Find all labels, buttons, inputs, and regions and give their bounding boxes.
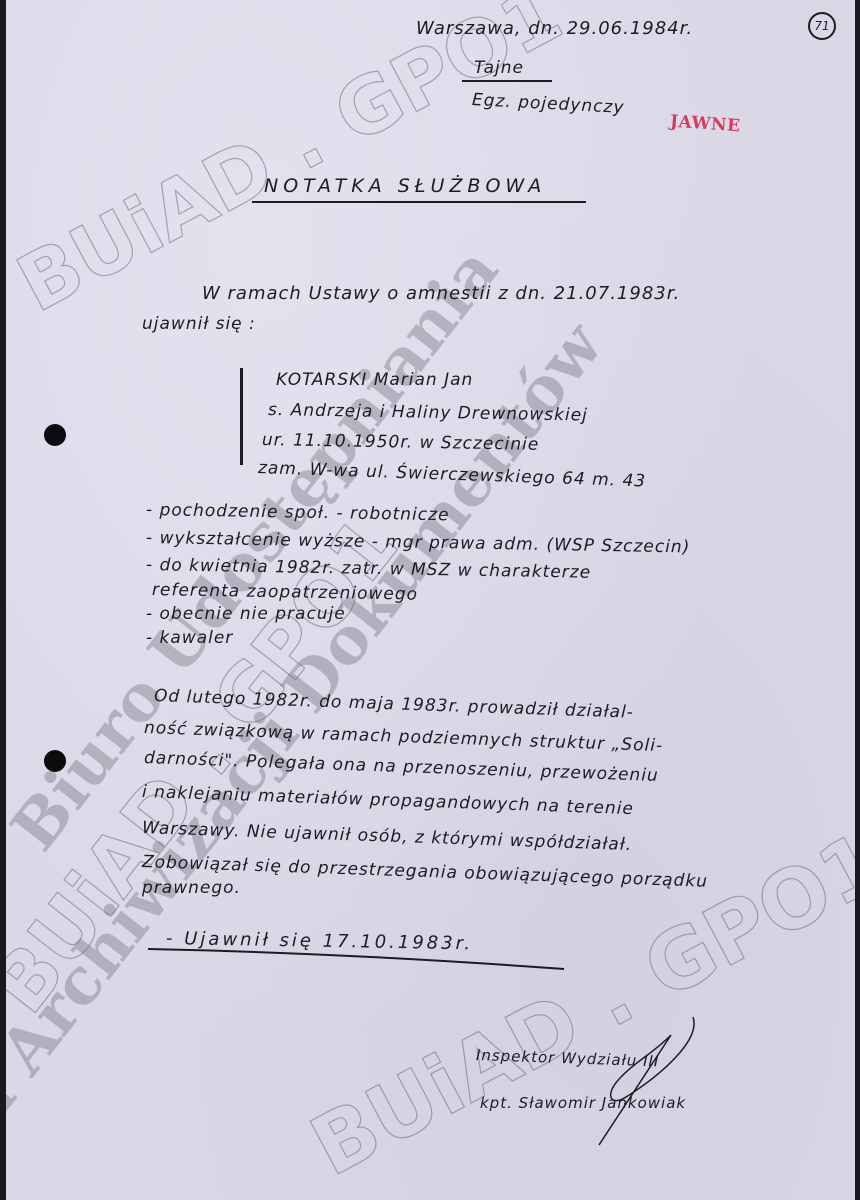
handwritten-signature bbox=[581, 1015, 701, 1150]
disclosure-underline bbox=[146, 945, 566, 975]
body-line: Od lutego 1982r. do maja 1983r. prowadzi… bbox=[154, 686, 635, 723]
body-line: Warszawy. Nie ujawnił osób, z którymi ws… bbox=[142, 818, 633, 855]
classification: Tajne bbox=[474, 58, 524, 78]
copy-note: Egz. pojedynczy bbox=[471, 90, 624, 118]
document-title: NOTATKA SŁUŻBOWA bbox=[264, 175, 546, 197]
punch-hole-bottom bbox=[44, 750, 66, 772]
body-line: prawnego. bbox=[142, 878, 241, 898]
person-born: ur. 11.10.1950r. w Szczecinie bbox=[262, 430, 540, 455]
page-number: 71 bbox=[808, 12, 836, 40]
classification-underline bbox=[462, 80, 552, 82]
punch-hole-top bbox=[44, 424, 66, 446]
place-date: Warszawa, dn. 29.06.1984r. bbox=[416, 18, 693, 39]
detail-item: referenta zaopatrzeniowego bbox=[152, 580, 418, 605]
detail-item: - wykształcenie wyższe - mgr prawa adm. … bbox=[146, 528, 691, 557]
document-page: BUiAD . GPO1 Biuro Udostępniania i Archi… bbox=[6, 0, 855, 1200]
detail-item: - do kwietnia 1982r. zatr. w MSZ w chara… bbox=[146, 555, 591, 583]
watermark-buiad-top: BUiAD . GPO1 bbox=[6, 0, 576, 330]
title-underline bbox=[252, 201, 586, 203]
person-parents: s. Andrzeja i Haliny Drewnowskiej bbox=[268, 400, 588, 426]
body-line: darności". Polegała ona na przenoszeniu,… bbox=[144, 748, 659, 786]
jawne-stamp: JAWNE bbox=[669, 112, 741, 137]
person-name: KOTARSKI Marian Jan bbox=[276, 370, 473, 390]
detail-item: - kawaler bbox=[146, 628, 233, 648]
intro-line-2: ujawnił się : bbox=[142, 314, 256, 334]
person-bracket bbox=[240, 368, 243, 465]
person-address: zam. W-wa ul. Świerczewskiego 64 m. 43 bbox=[258, 458, 647, 492]
detail-item: - pochodzenie społ. - robotnicze bbox=[146, 500, 450, 525]
detail-item: - obecnie nie pracuje bbox=[146, 604, 346, 624]
body-line: i naklejaniu materiałów propagandowych n… bbox=[142, 782, 635, 819]
intro-line-1: W ramach Ustawy o amnestii z dn. 21.07.1… bbox=[202, 283, 680, 304]
